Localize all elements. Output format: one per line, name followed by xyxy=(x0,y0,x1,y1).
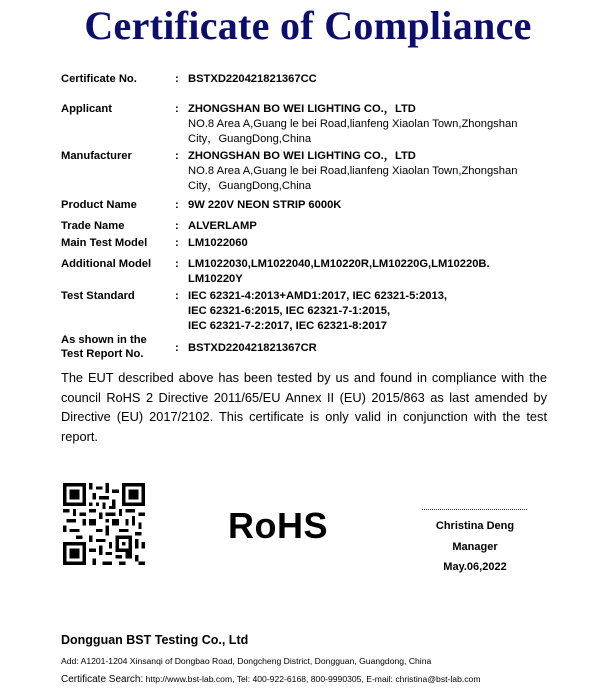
value-certificate-no: BSTXD220421821367CC xyxy=(188,72,538,87)
rohs-mark: RoHS xyxy=(228,505,328,547)
applicant-address: NO.8 Area A,Guang le bei Road,lianfeng X… xyxy=(188,117,538,147)
search-details: http://www.bst-lab.com, Tel: 400-922-616… xyxy=(146,674,481,684)
colon: : xyxy=(175,219,179,234)
colon: : xyxy=(175,198,179,213)
label-additional-model: Additional Model xyxy=(61,257,176,272)
qr-code-icon xyxy=(63,483,145,565)
certificate-title: Certificate of Compliance xyxy=(0,2,616,49)
manufacturer-name: ZHONGSHAN BO WEI LIGHTING CO.，LTD xyxy=(188,150,416,162)
label-product-name: Product Name xyxy=(61,198,176,213)
test-standard-line: IEC 62321-6:2015, IEC 62321-7-1:2015, xyxy=(188,304,538,319)
signatory-title: Manager xyxy=(410,541,540,553)
label-trade-name: Trade Name xyxy=(61,219,176,234)
manufacturer-address: NO.8 Area A,Guang le bei Road,lianfeng X… xyxy=(188,164,538,194)
value-additional-model: LM1022030,LM1022040,LM10220R,LM10220G,LM… xyxy=(188,257,508,287)
search-label: Certificate Search: xyxy=(61,674,143,685)
label-line: Test Report No. xyxy=(61,348,176,362)
value-main-test-model: LM1022060 xyxy=(188,236,538,251)
applicant-name: ZHONGSHAN BO WEI LIGHTING CO.，LTD xyxy=(188,103,416,115)
signature-line xyxy=(422,509,527,510)
label-certificate-no: Certificate No. xyxy=(61,72,176,87)
footer-search: Certificate Search: http://www.bst-lab.c… xyxy=(61,674,480,685)
label-applicant: Applicant xyxy=(61,102,176,117)
colon: : xyxy=(175,72,179,87)
value-product-name: 9W 220V NEON STRIP 6000K xyxy=(188,198,538,213)
signatory-name: Christina Deng xyxy=(410,520,540,532)
value-applicant: ZHONGSHAN BO WEI LIGHTING CO.，LTD NO.8 A… xyxy=(188,102,538,147)
label-test-standard: Test Standard xyxy=(61,289,176,304)
test-standard-line: IEC 62321-4:2013+AMD1:2017, IEC 62321-5:… xyxy=(188,289,538,304)
colon: : xyxy=(175,149,179,164)
colon: : xyxy=(175,289,179,304)
colon: : xyxy=(175,102,179,117)
footer-company: Dongguan BST Testing Co., Ltd xyxy=(61,633,248,647)
colon: : xyxy=(175,257,179,272)
value-trade-name: ALVERLAMP xyxy=(188,219,538,234)
footer-address: Add: A1201-1204 Xinsanqi of Dongbao Road… xyxy=(61,656,431,666)
test-standard-line: IEC 62321-7-2:2017, IEC 62321-8:2017 xyxy=(188,319,538,334)
signatory-date: May.06,2022 xyxy=(410,561,540,573)
label-line: As shown in the xyxy=(61,334,176,348)
label-main-test-model: Main Test Model xyxy=(61,236,176,251)
label-test-report-no: As shown in the Test Report No. xyxy=(61,334,176,361)
value-manufacturer: ZHONGSHAN BO WEI LIGHTING CO.，LTD NO.8 A… xyxy=(188,149,538,194)
compliance-statement: The EUT described above has been tested … xyxy=(61,368,547,446)
value-test-standard: IEC 62321-4:2013+AMD1:2017, IEC 62321-5:… xyxy=(188,289,538,334)
colon: : xyxy=(175,236,179,251)
value-test-report-no: BSTXD220421821367CR xyxy=(188,341,538,356)
label-manufacturer: Manufacturer xyxy=(61,149,176,164)
colon: : xyxy=(175,341,179,356)
